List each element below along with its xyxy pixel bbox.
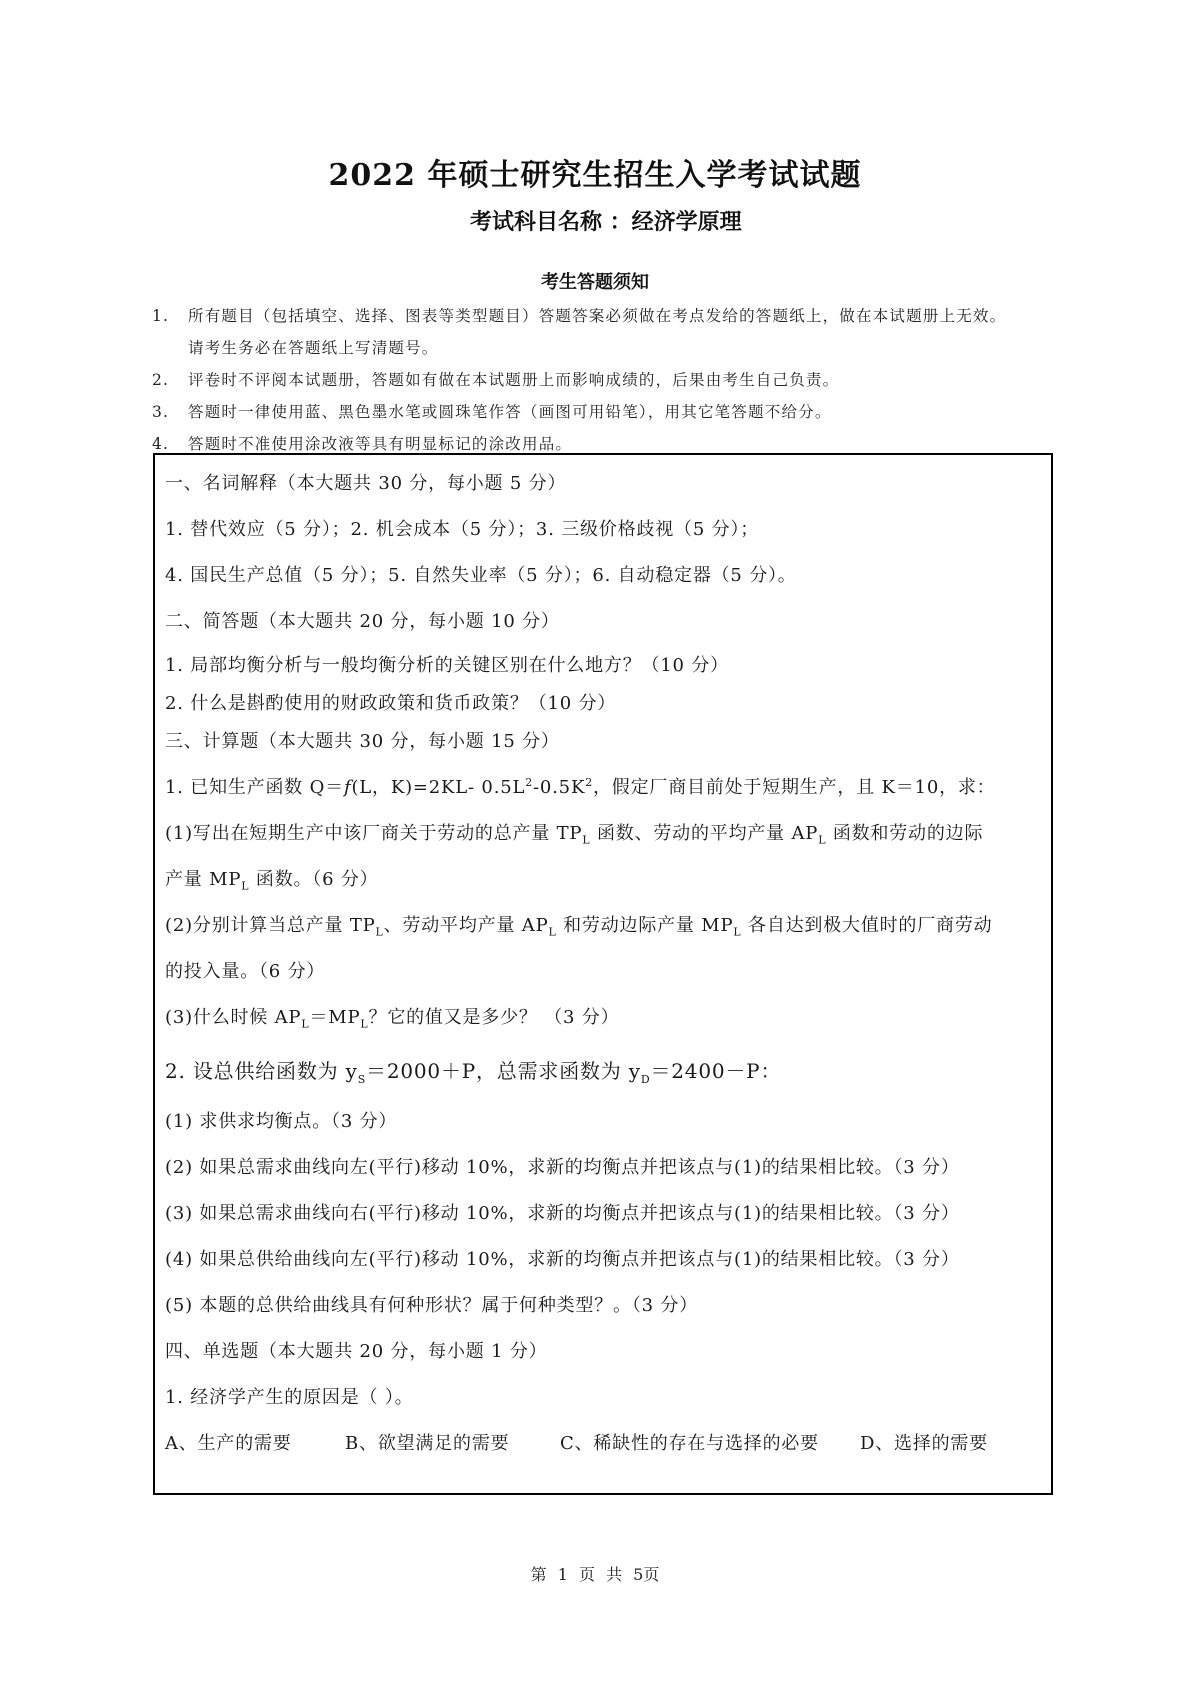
text: (3)什么时候 AP [165, 1007, 301, 1028]
text: 2 [525, 776, 533, 789]
text: 函数和劳动的边际 [826, 823, 983, 844]
notice-text: 评卷时不评阅本试题册，答题如有做在本试题册上而影响成绩的，后果由考生自己负责。 [188, 364, 839, 396]
notice-title: 考生答题须知 [0, 268, 1190, 294]
notice-list: 1. 所有题目（包括填空、选择、图表等类型题目）答题答案必须做在考点发给的答题纸… [152, 300, 1052, 460]
text: ？它的值又是多少？ （3 分） [369, 1007, 620, 1028]
question-line: (1)写出在短期生产中该厂商关于劳动的总产量 TPL 函数、劳动的平均产量 AP… [165, 819, 983, 847]
question-line: 1. 局部均衡分析与一般均衡分析的关键区别在什么地方？（10 分） [165, 651, 729, 677]
option-c: C、稀缺性的存在与选择的必要 [560, 1429, 819, 1455]
notice-number: 3. [152, 396, 169, 428]
text: ＝MP [309, 1007, 360, 1028]
page-number: 第 1 页 共 5页 [0, 1562, 1190, 1585]
text: ，假定厂商目前处于短期生产，且 K＝10，求： [593, 777, 995, 798]
text: 和劳动边际产量 MP [557, 915, 734, 936]
text: 函数。（6 分） [249, 869, 378, 890]
notice-item: 2. 评卷时不评阅本试题册，答题如有做在本试题册上而影响成绩的，后果由考生自己负… [152, 364, 1052, 396]
exam-subject: 考试科目名称 ：经济学原理 [470, 205, 742, 236]
notice-number: 1. [152, 300, 169, 332]
question-line: 1. 经济学产生的原因是（ ）。 [165, 1383, 413, 1409]
question-line: (5) 本题的总供给曲线具有何种形状？属于何种类型？。（3 分） [165, 1291, 698, 1317]
notice-item: 3. 答题时一律使用蓝、黑色墨水笔或圆珠笔作答（画图可用铅笔），用其它笔答题不给… [152, 396, 1052, 428]
question-line: (2) 如果总需求曲线向左(平行)移动 10%，求新的均衡点并把该点与(1)的结… [165, 1153, 960, 1179]
text: L [733, 926, 741, 939]
notice-item: 请考生务必在答题纸上写清题号。 [152, 332, 1052, 364]
question-line: 2. 设总供给函数为 yS＝2000＋P，总需求函数为 yD＝2400－P： [165, 1055, 781, 1086]
notice-text: 答题时一律使用蓝、黑色墨水笔或圆珠笔作答（画图可用铅笔），用其它笔答题不给分。 [188, 396, 832, 428]
section-heading-3: 三、计算题（本大题共 30 分，每小题 15 分） [165, 727, 560, 753]
option-a: A、生产的需要 [165, 1429, 292, 1455]
question-line: (1) 求供求均衡点。（3 分） [165, 1107, 397, 1133]
text: 各自达到极大值时的厂商劳动 [742, 915, 993, 936]
text: ＝2400－P： [650, 1059, 781, 1083]
notice-text: 所有题目（包括填空、选择、图表等类型题目）答题答案必须做在考点发给的答题纸上，做… [188, 300, 1006, 332]
question-line: 产量 MPL 函数。（6 分） [165, 865, 378, 893]
text: L [360, 1018, 368, 1031]
text: S [358, 1073, 366, 1086]
text: L [549, 926, 557, 939]
text: 1. 已知生产函数 Q＝ [165, 777, 344, 798]
question-line: 1. 已知生产函数 Q＝f(L，K)=2KL- 0.5L2-0.5K2，假定厂商… [165, 773, 995, 799]
text: (L，K)=2KL- 0.5L [351, 777, 525, 798]
question-line: 的投入量。（6 分） [165, 957, 325, 983]
question-line: 2. 什么是斟酌使用的财政政策和货币政策？（10 分） [165, 689, 616, 715]
questions-box: 一、名词解释（本大题共 30 分，每小题 5 分） 1. 替代效应（5 分）；2… [153, 453, 1053, 1495]
text: (2)分别计算当总产量 TP [165, 915, 376, 936]
text: 、劳动平均产量 AP [384, 915, 549, 936]
text: -0.5K [533, 777, 585, 798]
question-line: (4) 如果总供给曲线向左(平行)移动 10%，求新的均衡点并把该点与(1)的结… [165, 1245, 960, 1271]
exam-title: 2022 年硕士研究生招生入学考试试题 [0, 150, 1190, 194]
notice-item: 1. 所有题目（包括填空、选择、图表等类型题目）答题答案必须做在考点发给的答题纸… [152, 300, 1052, 332]
question-line: 4. 国民生产总值（5 分）；5. 自然失业率（5 分）；6. 自动稳定器（5 … [165, 561, 797, 587]
section-heading-2: 二、简答题（本大题共 20 分，每小题 10 分） [165, 607, 560, 633]
text: 2 [585, 776, 593, 789]
option-d: D、选择的需要 [860, 1429, 988, 1455]
question-line: (3) 如果总需求曲线向右(平行)移动 10%，求新的均衡点并把该点与(1)的结… [165, 1199, 960, 1225]
section-heading-1: 一、名词解释（本大题共 30 分，每小题 5 分） [165, 469, 566, 495]
section-heading-4: 四、单选题（本大题共 20 分，每小题 1 分） [165, 1337, 547, 1363]
text: 函数、劳动的平均产量 AP [590, 823, 818, 844]
question-line: (3)什么时候 APL＝MPL？它的值又是多少？ （3 分） [165, 1003, 619, 1031]
text: 2. 设总供给函数为 y [165, 1059, 358, 1083]
text: (1)写出在短期生产中该厂商关于劳动的总产量 TP [165, 823, 582, 844]
notice-text: 请考生务必在答题纸上写清题号。 [188, 332, 439, 364]
question-line: 1. 替代效应（5 分）；2. 机会成本（5 分）；3. 三级价格歧视（5 分）… [165, 515, 759, 541]
notice-number: 2. [152, 364, 169, 396]
question-line: (2)分别计算当总产量 TPL、劳动平均产量 APL 和劳动边际产量 MPL 各… [165, 911, 992, 939]
text: L [376, 926, 384, 939]
text: 产量 MP [165, 869, 241, 890]
text: ＝2000＋P，总需求函数为 y [366, 1059, 641, 1083]
option-b: B、欲望满足的需要 [345, 1429, 509, 1455]
